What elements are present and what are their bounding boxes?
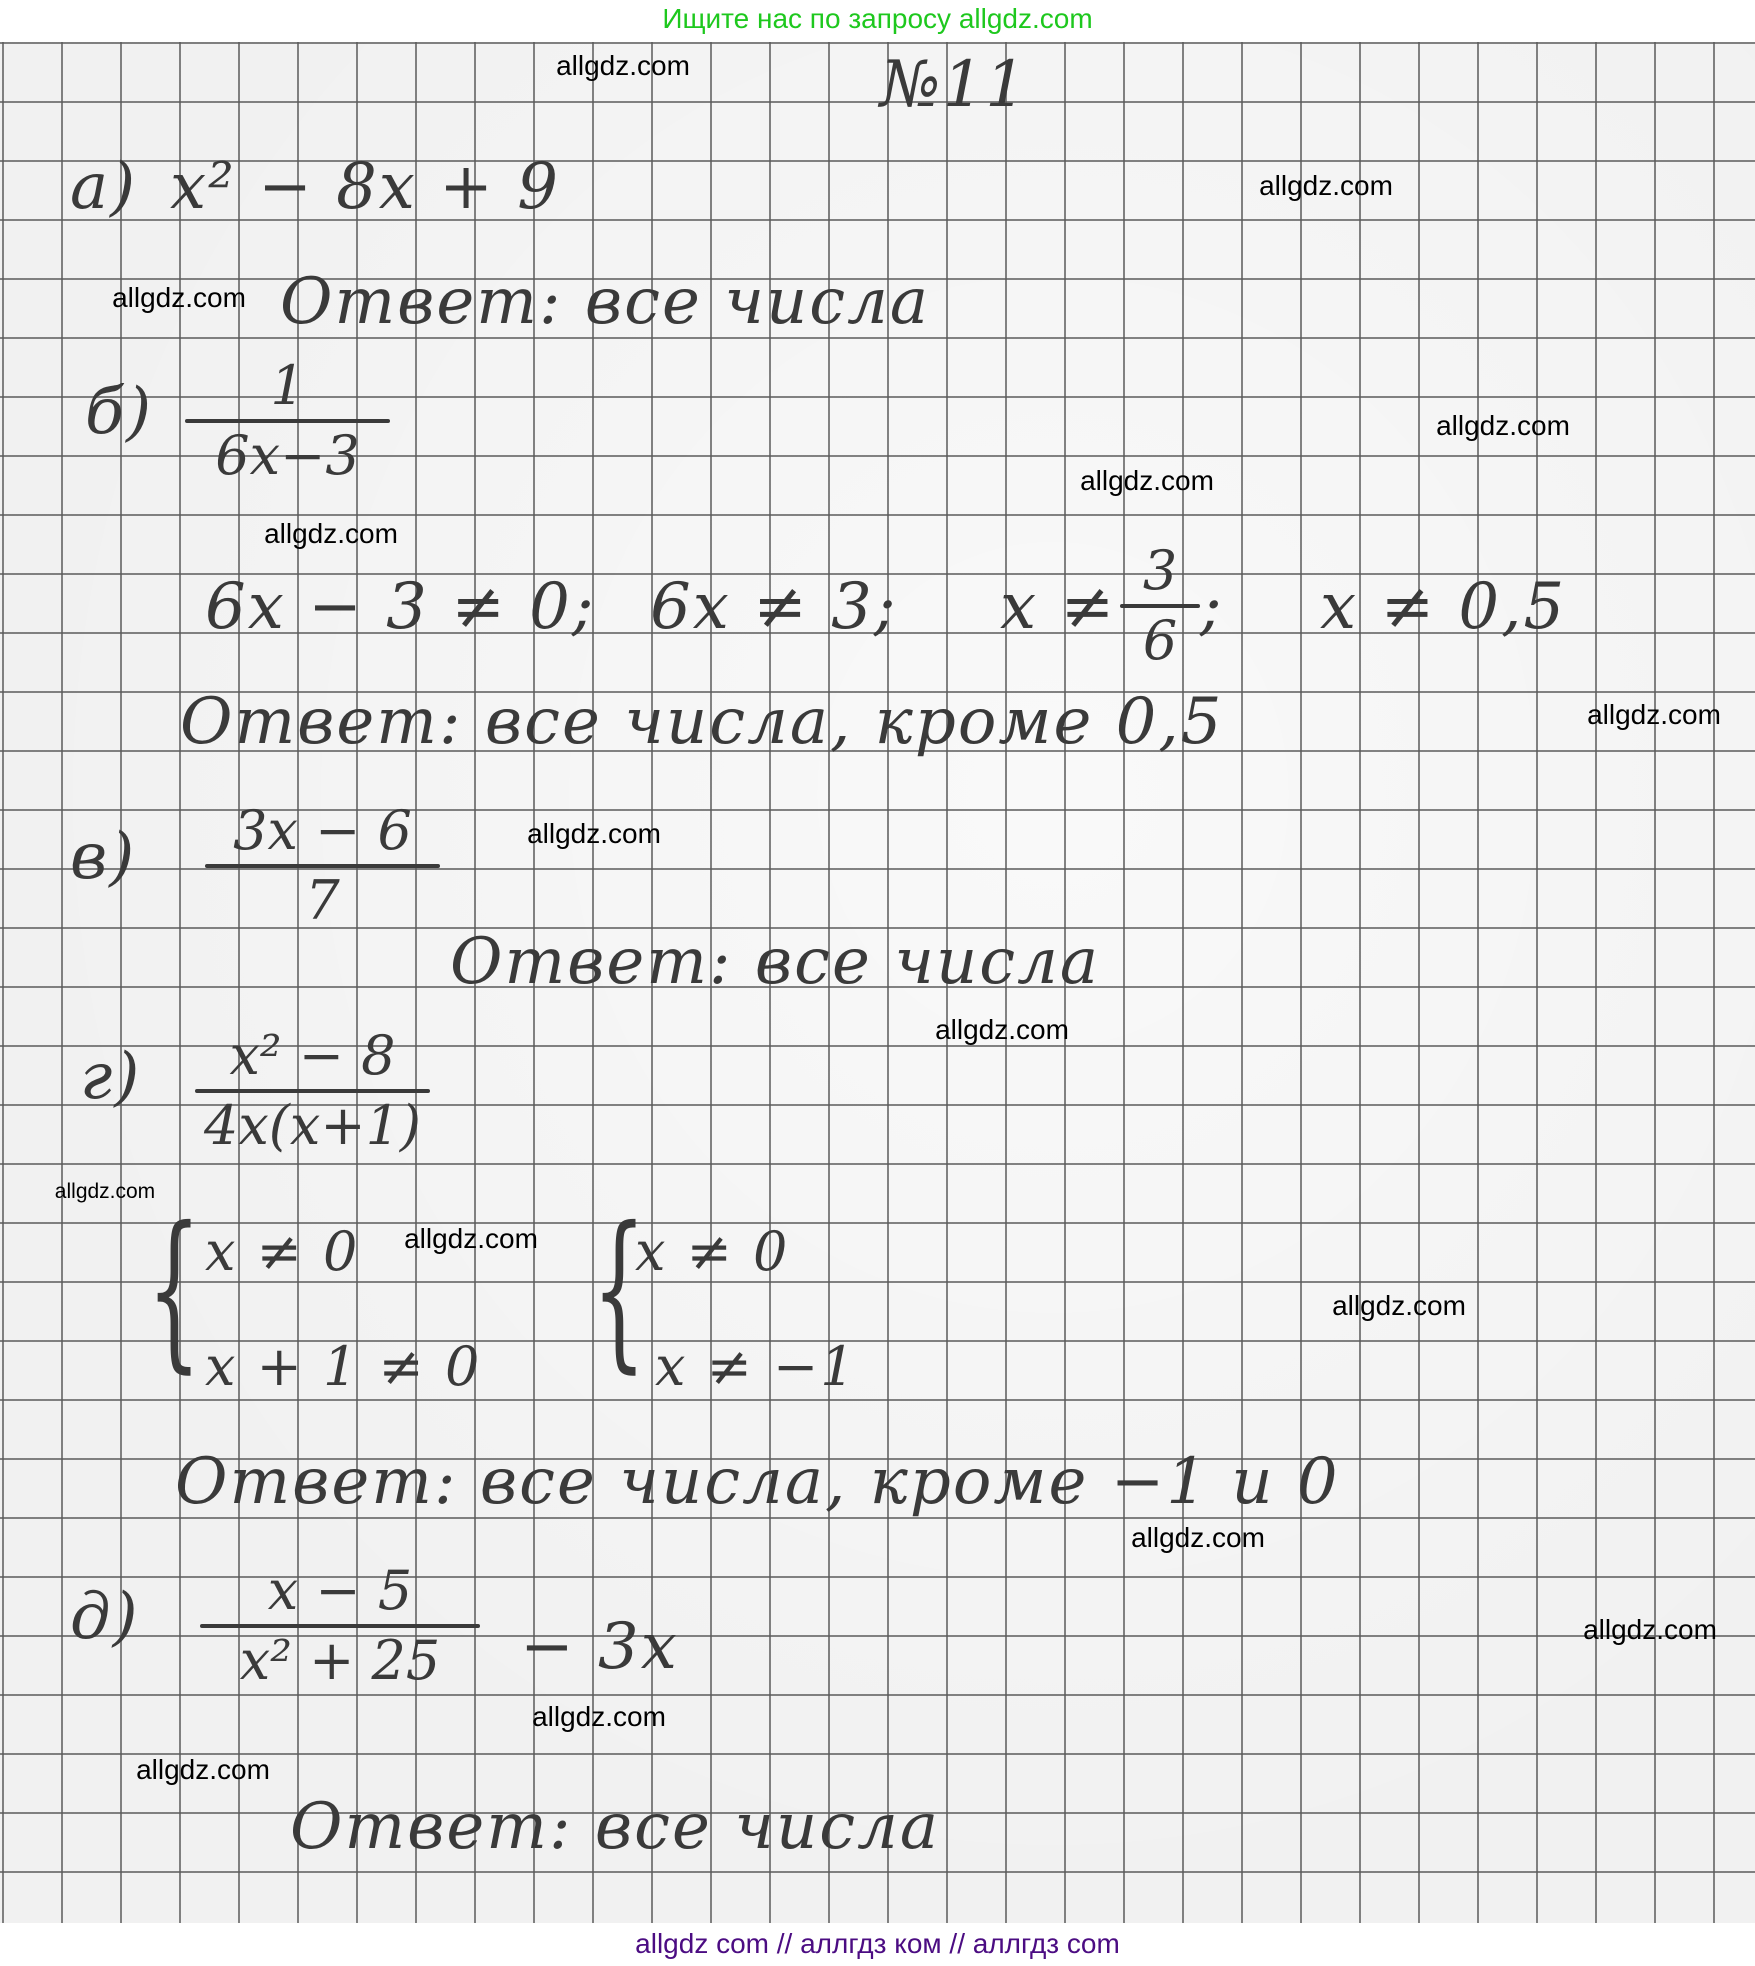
watermark: allgdz.com (1259, 170, 1393, 202)
watermark: allgdz.com (1583, 1614, 1717, 1646)
system2-line-1: x ≠ 0 (635, 1220, 789, 1283)
item-b-step-4: x ≠ 0,5 (1320, 570, 1566, 644)
watermark: allgdz.com (1131, 1522, 1265, 1554)
item-b-denominator: 6x−3 (185, 425, 390, 487)
system-brace-1: { (147, 1205, 201, 1375)
item-e-answer: Ответ: все числа (290, 1790, 940, 1864)
watermark: allgdz.com (404, 1223, 538, 1255)
system1-line-1: x ≠ 0 (205, 1220, 359, 1283)
fraction-bar (195, 1089, 430, 1093)
item-d-fraction: x² − 8 4x(x+1) (195, 1025, 430, 1157)
fraction-bar (1120, 604, 1200, 608)
watermark: allgdz.com (264, 518, 398, 550)
item-c-label: в) (70, 820, 136, 894)
item-b-label: б) (85, 375, 153, 449)
watermark: allgdz.com (136, 1754, 270, 1786)
watermark: allgdz.com (527, 818, 661, 850)
watermark: allgdz.com (55, 1180, 155, 1204)
item-b-step-1: 6x − 3 ≠ 0; (205, 570, 595, 644)
item-b-step-3-fraction: 3 6 (1120, 540, 1200, 672)
watermark: allgdz.com (1436, 410, 1570, 442)
watermark: allgdz.com (112, 282, 246, 314)
item-c-denominator: 7 (205, 870, 440, 932)
watermark: allgdz.com (1080, 465, 1214, 497)
item-a-expression: x² − 8x + 9 (170, 150, 560, 224)
item-d-answer: Ответ: все числа, кроме −1 и 0 (175, 1445, 1340, 1519)
item-d-denominator: 4x(x+1) (195, 1095, 430, 1157)
item-e-numerator: x − 5 (200, 1560, 480, 1622)
item-b-step-3: x ≠ (1000, 570, 1116, 644)
watermark: allgdz.com (935, 1014, 1069, 1046)
footer-banner: allgdz com // аллгдз ком // аллгдз com (0, 1923, 1755, 1966)
item-b-step-3-numerator: 3 (1120, 540, 1200, 602)
item-a-label: а) (70, 150, 137, 224)
item-b-step-3-denominator: 6 (1120, 610, 1200, 672)
item-e-label: д) (70, 1580, 140, 1654)
watermark: allgdz.com (532, 1701, 666, 1733)
search-banner: Ищите нас по запросу allgdz.com (0, 0, 1755, 40)
item-b-step-2: 6x ≠ 3; (650, 570, 897, 644)
item-c-fraction: 3x − 6 7 (205, 800, 440, 932)
exercise-number: №11 (880, 48, 1028, 122)
item-e-fraction: x − 5 x² + 25 (200, 1560, 480, 1692)
item-e-denominator: x² + 25 (200, 1630, 480, 1692)
fraction-bar (185, 419, 390, 423)
fraction-bar (200, 1624, 480, 1628)
fraction-bar (205, 864, 440, 868)
item-c-numerator: 3x − 6 (205, 800, 440, 862)
watermark: allgdz.com (556, 50, 690, 82)
item-c-answer: Ответ: все числа (450, 925, 1100, 999)
watermark: allgdz.com (1587, 699, 1721, 731)
watermark: allgdz.com (1332, 1290, 1466, 1322)
system2-line-2: x ≠ −1 (655, 1335, 857, 1398)
item-b-answer: Ответ: все числа, кроме 0,5 (180, 685, 1223, 759)
item-e-tail: − 3x (520, 1610, 679, 1684)
item-d-label: г) (80, 1040, 141, 1114)
item-b-numerator: 1 (185, 355, 390, 417)
item-b-fraction: 1 6x−3 (185, 355, 390, 487)
system1-line-2: x + 1 ≠ 0 (205, 1335, 481, 1398)
item-d-numerator: x² − 8 (195, 1025, 430, 1087)
item-b-step-3-sep: ; (1200, 570, 1224, 644)
item-a-answer: Ответ: все числа (280, 265, 930, 339)
